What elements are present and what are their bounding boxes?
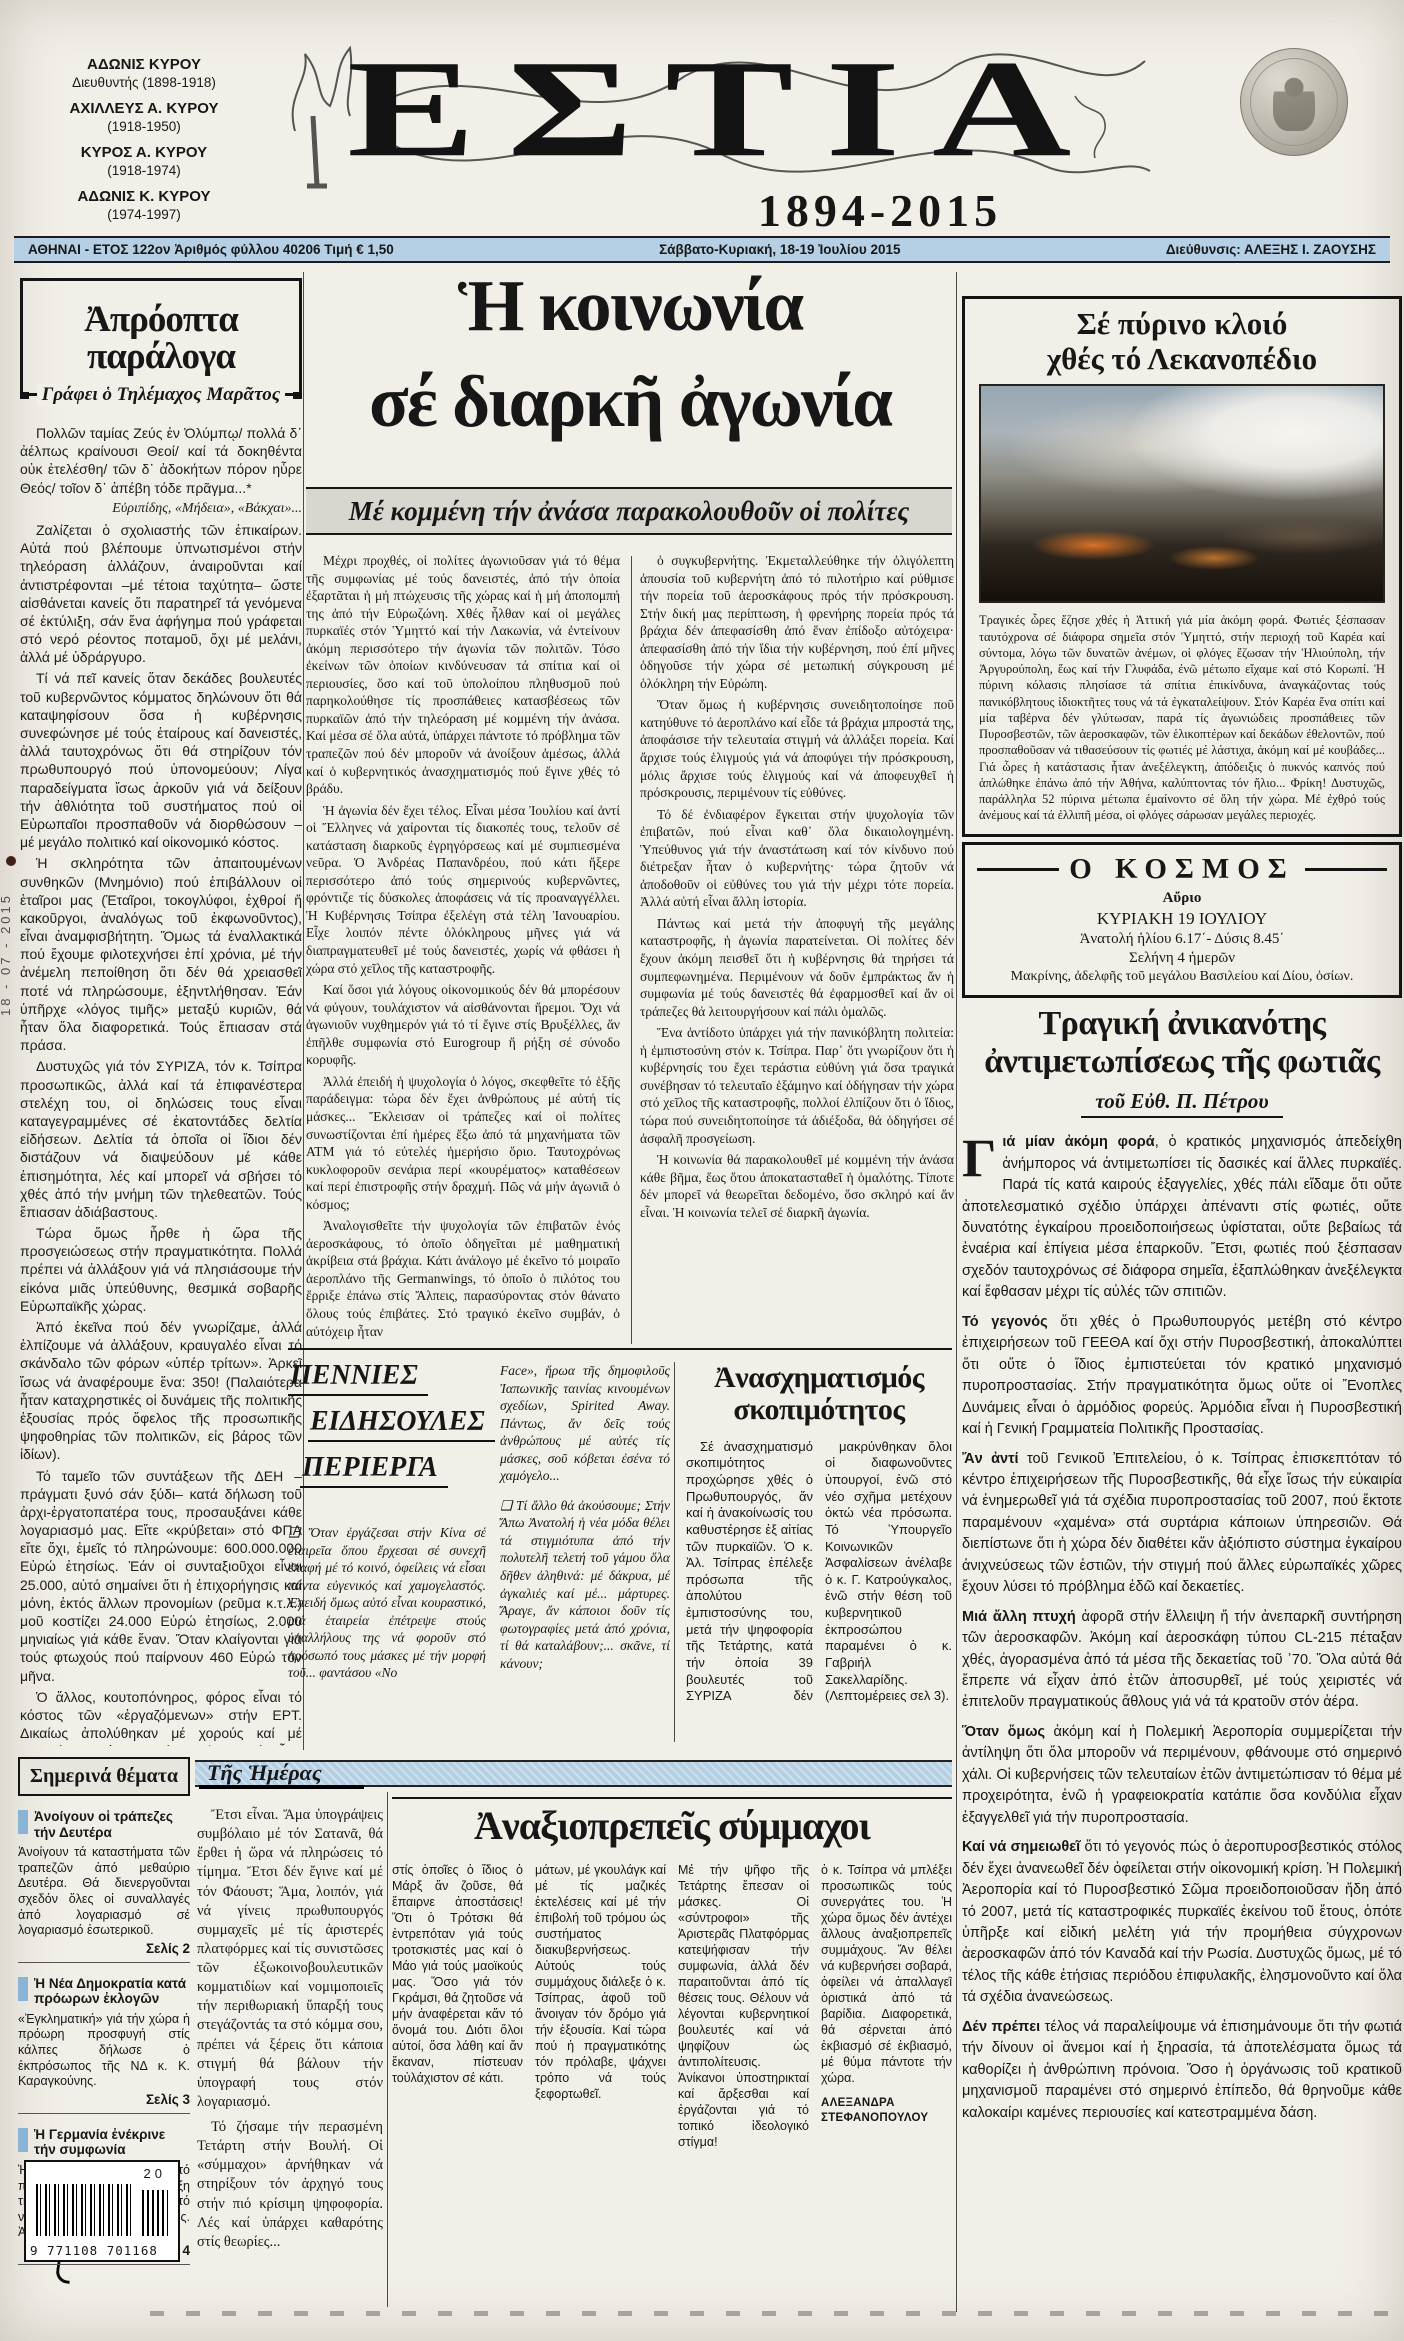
column-rule: [387, 1792, 388, 2307]
paragraph: Πάντως καί μετά τήν ἀποφυγή τῆς μεγάλης …: [640, 915, 954, 1020]
allies-column-3: Μέ τήν ψῆφο τῆς Τετάρτης ἔπεσαν οἱ μάσκε…: [678, 1862, 809, 2294]
opinion-body: Πολλῶν ταμίας Ζεύς ἐν Ὀλύμπῳ/ πολλά δ᾽ ἀ…: [20, 424, 302, 1746]
opinion-title: Ἀπρόοπτα παράλογα: [23, 301, 299, 375]
founder-entry: ΑΧΙΛΛΕΥΣ Α. ΚΥΡΟΥ(1918-1950): [16, 100, 272, 135]
fire-title-line1: Σέ πύρινο κλοιό: [979, 307, 1385, 342]
paragraph: Τό ταμεῖο τῶν συντάξεων τῆς ΔΕΗ –πράγματ…: [20, 1467, 302, 1685]
editorial-title: Τραγική ἀνικανότης ἀντιμετωπίσεως τῆς φω…: [962, 1005, 1402, 1081]
reshuffle-title-line2: σκοπιμότητος: [686, 1394, 952, 1426]
masthead-logo: ΕΣΤΙΑ: [255, 36, 1165, 196]
issn-barcode: 20 9 771108 701168: [24, 2160, 180, 2262]
paragraph-lead: ιά μίαν ἀκόμη φορά: [1002, 1134, 1154, 1150]
paragraph-text: τοῦ Γενικοῦ Ἐπιτελείου, ὁ κ. Τσίπρας ἐπι…: [962, 1451, 1402, 1596]
section-rule: [288, 1348, 952, 1350]
paragraph: Δυστυχῶς γιά τόν ΣΥΡΙΖΑ, τόν κ. Τσίπρα π…: [20, 1057, 302, 1221]
paragraph: Ὁ ἄλλος, κουτοπόνηρος, φόρος εἶναι τό κό…: [20, 1688, 302, 1746]
today-topics-title: Σημερινά θέματα: [18, 1757, 190, 1796]
byline-rule: [293, 392, 302, 399]
topic-heading-row: Ἡ Γερμανία ἐνέκρινε τήν συμφωνία: [18, 2127, 190, 2158]
paragraph-lead: Ὅταν ὅμως: [962, 1724, 1045, 1740]
paragraph: Ἕνα ἀντίδοτο ὑπάρχει γιά τήν πανικόβλητη…: [640, 1024, 954, 1147]
paragraph: Καί νά σημειωθεῖ ὅτι τό γεγονός πώς ὁ ἀε…: [962, 1837, 1402, 2009]
paragraph: Ζαλίζεται ὁ σχολιαστής τῶν ἐπικαίρων. Αὐ…: [20, 521, 302, 667]
founder-entry: ΑΔΩΝΙΣ ΚΥΡΟΥΔιευθυντής (1898-1918): [16, 56, 272, 91]
allies-column-2: μάτων, μέ γκουλάγκ καί μέ τίς μαζικές ἐκ…: [535, 1862, 666, 2294]
editorial-title-line2: ἀντιμετωπίσεως τῆς φωτιᾶς: [962, 1043, 1402, 1081]
section-rule: [392, 1797, 952, 1799]
rubric-column: Ἔτσι εἶναι. Ἅμα ὑπογράψεις συμβόλαιο μέ …: [197, 1806, 383, 2298]
drop-cap: Γ: [962, 1132, 1002, 1180]
paragraph: Σέ ἀνασχηματισμό σκοπιμότητος προχώρησε …: [686, 1439, 813, 1707]
fire-box-title: Σέ πύρινο κλοιό χθές τό Λεκανοπέδιο: [979, 307, 1385, 376]
paragraph: Ἀπό ἐκεῖνα πού δέν γνωρίζαμε, ἀλλά ἐλπίζ…: [20, 1318, 302, 1464]
paragraph: Τό γεγονός ὅτι χθές ὁ Πρωθυπουργός μετέβ…: [962, 1312, 1402, 1441]
topic-text: «Ἐγκληματική» γιά τήν χώρα ἡ πρόωρη προσ…: [18, 2012, 190, 2090]
paragraph: Ὅταν ὅμως ἡ κυβέρνησις συνειδητοποίησε π…: [640, 696, 954, 801]
newspaper-title: ΕΣΤΙΑ: [347, 40, 1103, 179]
paragraph: Τώρα ὅμως ἦρθε ἡ ὥρα τῆς προσγειώσεως στ…: [20, 1224, 302, 1315]
topic-item: Ἡ Νέα Δημοκρατία κατά πρόωρων ἐκλογῶν «Ἐ…: [18, 1976, 190, 2114]
dateline-right: Διεύθυνσις: ΑΛΕΞΗΣ Ι. ΖΑΟΥΣΗΣ: [1166, 242, 1376, 257]
paragraph-lead: Μιά ἄλλη πτυχή: [962, 1609, 1076, 1625]
founder-entry: ΚΥΡΟΣ Α. ΚΥΡΟΥ(1918-1974): [16, 144, 272, 179]
briefs-title-line3: ΠΕΡΙΕΡΓΑ: [300, 1454, 448, 1488]
dateline-center: Σάββατο-Κυριακή, 18-19 Ἰουλίου 2015: [659, 242, 900, 257]
briefs-title-block: ΠΕΝΝΙΕΣ ΕΙΔΗΣΟΥΛΕΣ ΠΕΡΙΕΡΓΑ ❑ Ὅταν ἐργάζ…: [288, 1362, 486, 1742]
paragraph: μακρύνθηκαν ὅλοι οἱ διαφωνοῦντες ὑπουργο…: [825, 1439, 952, 1705]
almanac-box: Ο ΚΟΣΜΟΣ Αὔριο ΚΥΡΙΑΚΗ 19 ΙΟΥΛΙΟΥ Ἀνατολ…: [962, 842, 1402, 998]
almanac-day: ΚΥΡΙΑΚΗ 19 ΙΟΥΛΙΟΥ: [977, 909, 1387, 929]
topic-heading: Ἡ Νέα Δημοκρατία κατά πρόωρων ἐκλογῶν: [34, 1976, 190, 2007]
barcode-digits: 9 771108 701168: [30, 2243, 158, 2258]
lead-subhead: Μέ κομμένη τήν ἀνάσα παρακολουθοῦν οἱ πο…: [306, 487, 952, 535]
almanac-moon: Σελήνη 4 ἡμερῶν: [977, 950, 1387, 967]
reshuffle-title-line1: Ἀνασχηματισμός: [686, 1362, 952, 1394]
topic-item: Ἀνοίγουν οἱ τράπεζες τήν Δευτέρα Ἀνοίγου…: [18, 1809, 190, 1963]
allies-column-4: ὁ κ. Τσίπρα νά μπλέξει προσωπικῶς τούς σ…: [821, 1862, 952, 2294]
topic-page-ref: Σελίς 2: [18, 1941, 190, 1963]
photo-caption: Τραγικές ὧρες ἔζησε χθές ἡ Ἀττική γιά μί…: [979, 612, 1385, 823]
reshuffle-column-2: μακρύνθηκαν ὅλοι οἱ διαφωνοῦντες ὑπουργο…: [825, 1439, 952, 1707]
title-rule: [977, 868, 1059, 871]
newspaper-front-page: ΑΔΩΝΙΣ ΚΥΡΟΥΔιευθυντής (1898-1918) ΑΧΙΛΛ…: [0, 0, 1404, 2341]
editorial-byline: τοῦ Εὐθ. Π. Πέτρου: [1081, 1089, 1282, 1118]
paragraph: Ἔτσι εἶναι. Ἅμα ὑπογράψεις συμβόλαιο μέ …: [197, 1806, 383, 2112]
rubric-band: Τῆς Ἡμέρας: [195, 1760, 952, 1787]
almanac-title: Ο ΚΟΣΜΟΣ: [1069, 853, 1295, 886]
briefs-section: ΠΕΝΝΙΕΣ ΕΙΔΗΣΟΥΛΕΣ ΠΕΡΙΕΡΓΑ ❑ Ὅταν ἐργάζ…: [288, 1362, 670, 1742]
topic-heading-row: Ἡ Νέα Δημοκρατία κατά πρόωρων ἐκλογῶν: [18, 1976, 190, 2007]
paragraph: Γιά μίαν ἀκόμη φορά, ὁ κρατικός μηχανισμ…: [962, 1132, 1402, 1304]
topic-text: Ἀνοίγουν τά καταστήματα τῶν τραπεζῶν ἀπό…: [18, 1845, 190, 1939]
lead-column-1: Μέχρι προχθές, οἱ πολίτες ἀγωνιοῦσαν γιά…: [306, 552, 620, 1345]
paragraph: Πολλῶν ταμίας Ζεύς ἐν Ὀλύμπῳ/ πολλά δ᾽ ἀ…: [20, 424, 302, 497]
column-rule: [956, 272, 957, 2312]
anniversary-years: 1894-2015: [690, 184, 1070, 237]
almanac-sun: Ἀνατολή ἡλίου 6.17΄- Δύσις 8.45΄: [977, 931, 1387, 948]
editorial-article: Τραγική ἀνικανότης ἀντιμετωπίσεως τῆς φω…: [962, 1005, 1402, 2277]
wildfire-smoke-photo: [979, 384, 1385, 603]
scan-artifacts: [150, 2311, 1390, 2316]
paragraph-lead: Ἄν ἀντί: [962, 1451, 1019, 1467]
paragraph-lead: Τό γεγονός: [962, 1314, 1048, 1330]
paragraph: ὁ κ. Τσίπρα νά μπλέξει προσωπικῶς τούς σ…: [821, 1863, 952, 2085]
paragraph: Μέχρι προχθές, οἱ πολίτες ἀγωνιοῦσαν γιά…: [306, 552, 620, 798]
quote-attribution: Εὐριπίδης, «Μήδεια», «Βάκχαι»...: [20, 500, 302, 518]
briefs-title-line2: ΕΙΔΗΣΟΥΛΕΣ: [308, 1408, 495, 1442]
paragraph: Ἄν ἀντί τοῦ Γενικοῦ Ἐπιτελείου, ὁ κ. Τσί…: [962, 1449, 1402, 1599]
seal-figure: [1273, 75, 1315, 131]
title-rule: [1305, 868, 1387, 871]
paragraph-text: ὅτι τό γεγονός πώς ὁ ἀεροπυροσβεστικός σ…: [962, 1839, 1402, 2005]
fire-news-box: Σέ πύρινο κλοιό χθές τό Λεκανοπέδιο Τραγ…: [962, 296, 1402, 837]
paragraph: Ἡ κοινωνία θά παρακολουθεῖ μέ κομμένη τή…: [640, 1151, 954, 1221]
topic-page-ref: Σελίς 3: [18, 2092, 190, 2114]
brief-item: ❑ Τί ἄλλο θά ἀκούσουμε; Στήν Ἄπω Ἀνατολή…: [500, 1497, 670, 1672]
paragraph-text: ὅτι χθές ὁ Πρωθυπουργός μετέβη στό κέντρ…: [962, 1314, 1402, 1437]
lead-body: Μέχρι προχθές, οἱ πολίτες ἀγωνιοῦσαν γιά…: [306, 552, 954, 1345]
paragraph-lead: Καί νά σημειωθεῖ: [962, 1839, 1080, 1855]
paragraph: Καί ὅσοι γιά λόγους οἰκονομικούς δέν θά …: [306, 981, 620, 1069]
topic-heading: Ἀνοίγουν οἱ τράπεζες τήν Δευτέρα: [34, 1809, 190, 1840]
brief-item: ❑ Ὅταν ἐργάζεσαι στήν Κίνα σέ ἑταιρεῖα ὅ…: [288, 1524, 486, 1682]
byline-rule: [20, 392, 29, 399]
allies-article: Ἀναξιοπρεπεῖς σύμμαχοι στίς ὁποῖες ὁ ἴδι…: [392, 1806, 952, 2294]
paragraph: Δέν πρέπει τέλος νά παραλείψουμε νά ἐπισ…: [962, 2017, 1402, 2124]
paragraph: Ἡ ἀγωνία δέν ἔχει τέλος. Εἶναι μέσα Ἰουλ…: [306, 802, 620, 977]
topic-bullet: [18, 1810, 28, 1834]
founder-entry: ΑΔΩΝΙΣ Κ. ΚΥΡΟΥ(1974-1997): [16, 188, 272, 223]
dateline-left: ΑΘΗΝΑΙ - ΕΤΟΣ 122ον Ἀριθμός φύλλου 40206…: [28, 242, 394, 257]
allies-body: στίς ὁποῖες ὁ ἴδιος ὁ Μάρξ ἄν ζοῦσε, θά …: [392, 1862, 952, 2294]
lead-headline: Ἡ κοινωνία σέ διαρκῆ ἀγωνία: [306, 258, 954, 451]
editorial-title-line1: Τραγική ἀνικανότης: [962, 1005, 1402, 1043]
almanac-saints: Μακρίνης, ἀδελφῆς τοῦ μεγάλου Βασιλείου …: [977, 969, 1387, 985]
briefs-text-column: Face», ἥρωα τῆς δημοφιλοῦς Ἰαπωνικῆς ται…: [500, 1362, 670, 1742]
paragraph: Τί νά πεῖ κανείς ὅταν δεκάδες βουλευτές …: [20, 669, 302, 851]
reshuffle-article: Ἀνασχηματισμός σκοπιμότητος Σέ ἀνασχηματ…: [686, 1362, 952, 1707]
founders-list: ΑΔΩΝΙΣ ΚΥΡΟΥΔιευθυντής (1898-1918) ΑΧΙΛΛ…: [16, 56, 272, 232]
reshuffle-body: Σέ ἀνασχηματισμό σκοπιμότητος προχώρησε …: [686, 1439, 952, 1707]
editorial-byline-row: τοῦ Εὐθ. Π. Πέτρου: [962, 1089, 1402, 1118]
topic-bullet: [18, 1977, 28, 2001]
reshuffle-column-1: Σέ ἀνασχηματισμό σκοπιμότητος προχώρησε …: [686, 1439, 813, 1707]
editorial-body: Γιά μίαν ἀκόμη φορά, ὁ κρατικός μηχανισμ…: [962, 1132, 1402, 2277]
paragraph: Τό δέ ἐνδιαφέρον ἔγκειται στήν ψυχολογία…: [640, 806, 954, 911]
paragraph: Ἀναλογισθεῖτε τήν ψυχολογία τῶν ἐπιβατῶν…: [306, 1217, 620, 1340]
fire-title-line2: χθές τό Λεκανοπέδιο: [979, 342, 1385, 377]
opinion-byline: Γράφει ὁ Τηλέμαχος Μαρᾶτος: [37, 384, 285, 406]
topic-heading: Ἡ Γερμανία ἐνέκρινε τήν συμφωνία: [34, 2127, 190, 2158]
paragraph: Μιά ἄλλη πτυχή ἀφορᾶ στήν ἔλλειψη ἤ τήν …: [962, 1607, 1402, 1714]
allies-column-1: στίς ὁποῖες ὁ ἴδιος ὁ Μάρξ ἄν ζοῦσε, θά …: [392, 1862, 523, 2294]
almanac-title-row: Ο ΚΟΣΜΟΣ: [977, 853, 1387, 886]
headline-line2: σέ διαρκῆ ἀγωνία: [306, 354, 954, 450]
rubric-underline: [199, 1785, 364, 1789]
paragraph: ὁ συγκυβερνήτης. Ἐκμεταλλεύθηκε τήν ὀλιγ…: [640, 552, 954, 692]
barcode-addon-bars: [142, 2190, 168, 2236]
allies-title: Ἀναξιοπρεπεῖς σύμμαχοι: [392, 1806, 952, 1846]
paragraph-lead: Δέν πρέπει: [962, 2019, 1040, 2035]
paragraph: Τό ζήσαμε τήν περασμένη Τετάρτη στήν Βου…: [197, 2118, 383, 2252]
paragraph: Ἀλλά ἐπειδή ἡ ψυχολογία ὁ λόγος, σκεφθεῖ…: [306, 1073, 620, 1213]
opinion-column: Ἀπρόοπτα παράλογα Γράφει ὁ Τηλέμαχος Μαρ…: [20, 278, 302, 1746]
hestia-seal: [1240, 48, 1348, 156]
paragraph-text: , ὁ κρατικός μηχανισμός ἀπεδείχθη ἀνήμπο…: [962, 1134, 1402, 1300]
paragraph: Ἡ σκληρότητα τῶν ἀπαιτουμένων συνθηκῶν (…: [20, 854, 302, 1054]
barcode-bars: [36, 2184, 134, 2236]
headline-line1: Ἡ κοινωνία: [306, 258, 954, 354]
brief-item: Face», ἥρωα τῆς δημοφιλοῦς Ἰαπωνικῆς ται…: [500, 1362, 670, 1485]
author-signature: ΑΛΕΞΑΝΔΡΑ ΣΤΕΦΑΝΟΠΟΥΛΟΥ: [821, 2096, 952, 2125]
opinion-title-box: Ἀπρόοπτα παράλογα Γράφει ὁ Τηλέμαχος Μαρ…: [20, 278, 302, 396]
lead-column-2: ὁ συγκυβερνήτης. Ἐκμεταλλεύθηκε τήν ὀλιγ…: [640, 552, 954, 1345]
topic-heading-row: Ἀνοίγουν οἱ τράπεζες τήν Δευτέρα: [18, 1809, 190, 1840]
opinion-byline-row: Γράφει ὁ Τηλέμαχος Μαρᾶτος: [20, 384, 302, 406]
paragraph: Ὅταν ὅμως ἀκόμη καί ἡ Πολεμική Ἀεροπορία…: [962, 1722, 1402, 1829]
topic-bullet: [18, 2128, 28, 2152]
edge-dot: [6, 856, 16, 866]
barcode-issue-number: 20: [144, 2166, 166, 2181]
edge-vertical-date: 18 - 07 - 2015: [0, 893, 13, 1016]
almanac-tomorrow: Αὔριο: [977, 890, 1387, 907]
column-rule: [674, 1362, 675, 1742]
reshuffle-title: Ἀνασχηματισμός σκοπιμότητος: [686, 1362, 952, 1427]
rubric-title: Τῆς Ἡμέρας: [207, 1760, 322, 1786]
briefs-title-line1: ΠΕΝΝΙΕΣ: [288, 1362, 428, 1396]
